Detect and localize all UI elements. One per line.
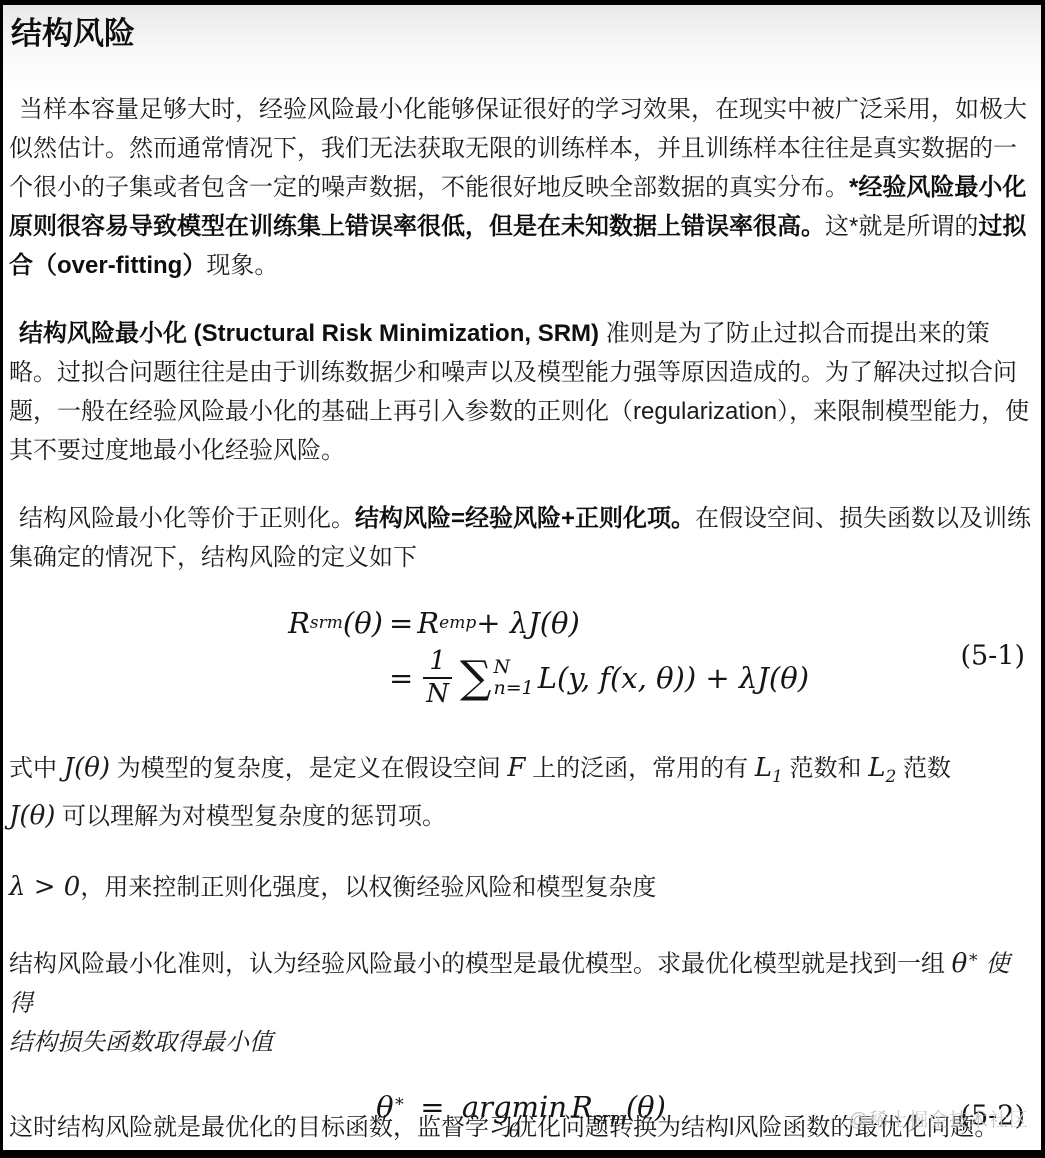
inline-math-j-theta: J(θ) [64,753,110,783]
text-run: 这*就是所谓的 [825,213,978,240]
math-subscript: emp [439,613,476,633]
text-run: 现象。 [206,252,278,279]
text-run: 可以理解为对模型复杂度的惩罚项。 [55,803,446,830]
equals-sign: = [389,661,413,695]
math-superscript: ∗ [967,947,979,967]
inline-math-lambda-positive: λ > 0 [9,872,80,902]
equation-lhs: Rsrm(θ) [233,606,383,640]
summation-icon: ∑ [460,656,491,700]
bold-run-srm-term: 结构风险最小化 (Structural Risk Minimization, S… [19,320,606,347]
summation-limits: Nn=1 [493,657,533,699]
text-run: 范数和 [783,755,868,782]
math-subscript: 1 [772,767,783,787]
text-run: 结构风险最小化准则，认为经验风险最小的模型是最优模型。求最优化模型就是找到一组 [9,951,952,978]
equation-srm-body: Rsrm(θ) =Remp + λJ(θ) = 1N ∑ Nn=1 L(y, f… [233,601,809,711]
text-run: 上的泛函，常用的有 [525,755,754,782]
bold-run-structural-risk-formula: 结构风险=经验风险+正则化项。 [355,505,695,532]
paragraph-overfitting-intro: 当样本容量足够大时，经验风险最小化能够保证很好的学习效果，在现实中被广泛采用，如… [9,90,1033,285]
math-symbol: R [417,606,439,640]
inline-math-f: F [507,753,525,783]
page-title: 结构风险 [9,5,1033,56]
site-watermark: @稀土掘金技术社区 [849,1105,1029,1132]
equation-number: (5-1) [960,641,1025,672]
paragraph-regularization-equivalence: 结构风险最小化等价于正则化。结构风险=经验风险+正则化项。在假设空间、损失函数以… [9,499,1033,577]
fraction-denominator: N [423,677,452,710]
article-page: 结构风险 当样本容量足够大时，经验风险最小化能够保证很好的学习效果，在现实中被广… [0,0,1045,1158]
equation-srm-row1: Rsrm(θ) =Remp + λJ(θ) [233,601,809,645]
inline-math-j-theta: J(θ) [9,801,55,831]
equation-rhs: =Remp + λJ(θ) [383,606,580,640]
equation-rhs: = 1N ∑ Nn=1 L(y, f(x, θ)) + λJ(θ) [383,647,809,710]
math-symbol: θ [952,949,968,979]
italic-run-min-loss: 结构损失函数取得最小值 [9,1029,273,1056]
math-subscript: srm [310,613,343,633]
math-argument: (θ) [343,606,383,640]
paragraph-complexity-explanation: 式中 J(θ) 为模型的复杂度，是定义在假设空间 F 上的泛函，常用的有 L1 … [9,749,1033,836]
inline-math-theta-star: θ∗ [952,949,979,979]
inline-math-l2-norm: L2 [868,753,896,783]
text-run: 式中 [9,755,64,782]
fraction-one-over-n: 1N [423,647,452,710]
math-symbol: L [868,753,885,783]
equation-srm: Rsrm(θ) =Remp + λJ(θ) = 1N ∑ Nn=1 L(y, f… [9,601,1033,711]
text-run: 为模型的复杂度，是定义在假设空间 [110,755,507,782]
inline-math-l1-norm: L1 [755,753,783,783]
paragraph-srm-definition: 结构风险最小化 (Structural Risk Minimization, S… [9,314,1033,470]
math-symbol: L [755,753,772,783]
equation-srm-row2: = 1N ∑ Nn=1 L(y, f(x, θ)) + λJ(θ) [233,645,809,711]
paragraph-optimal-model: 结构风险最小化准则，认为经验风险最小的模型是最优模型。求最优化模型就是找到一组 … [9,938,1033,1062]
equals-sign: = [389,606,413,640]
math-expression: L(y, f(x, θ)) + λJ(θ) [538,661,809,695]
paragraph-lambda-explanation: λ > 0，用来控制正则化强度，以权衡经验风险和模型复杂度 [9,868,1033,907]
text-run: 范数 [896,755,951,782]
text-run: 结构风险最小化等价于正则化。 [19,505,355,532]
math-expression: + λJ(θ) [476,606,580,640]
summation-upper-limit: N [493,657,510,678]
math-symbol: R [288,606,310,640]
math-subscript: 2 [885,767,896,787]
article-content: 结构风险 当样本容量足够大时，经验风险最小化能够保证很好的学习效果，在现实中被广… [3,5,1041,1142]
summation-lower-limit: n=1 [493,678,533,699]
text-run: ，用来控制正则化强度，以权衡经验风险和模型复杂度 [80,874,656,901]
fraction-numerator: 1 [429,647,446,677]
